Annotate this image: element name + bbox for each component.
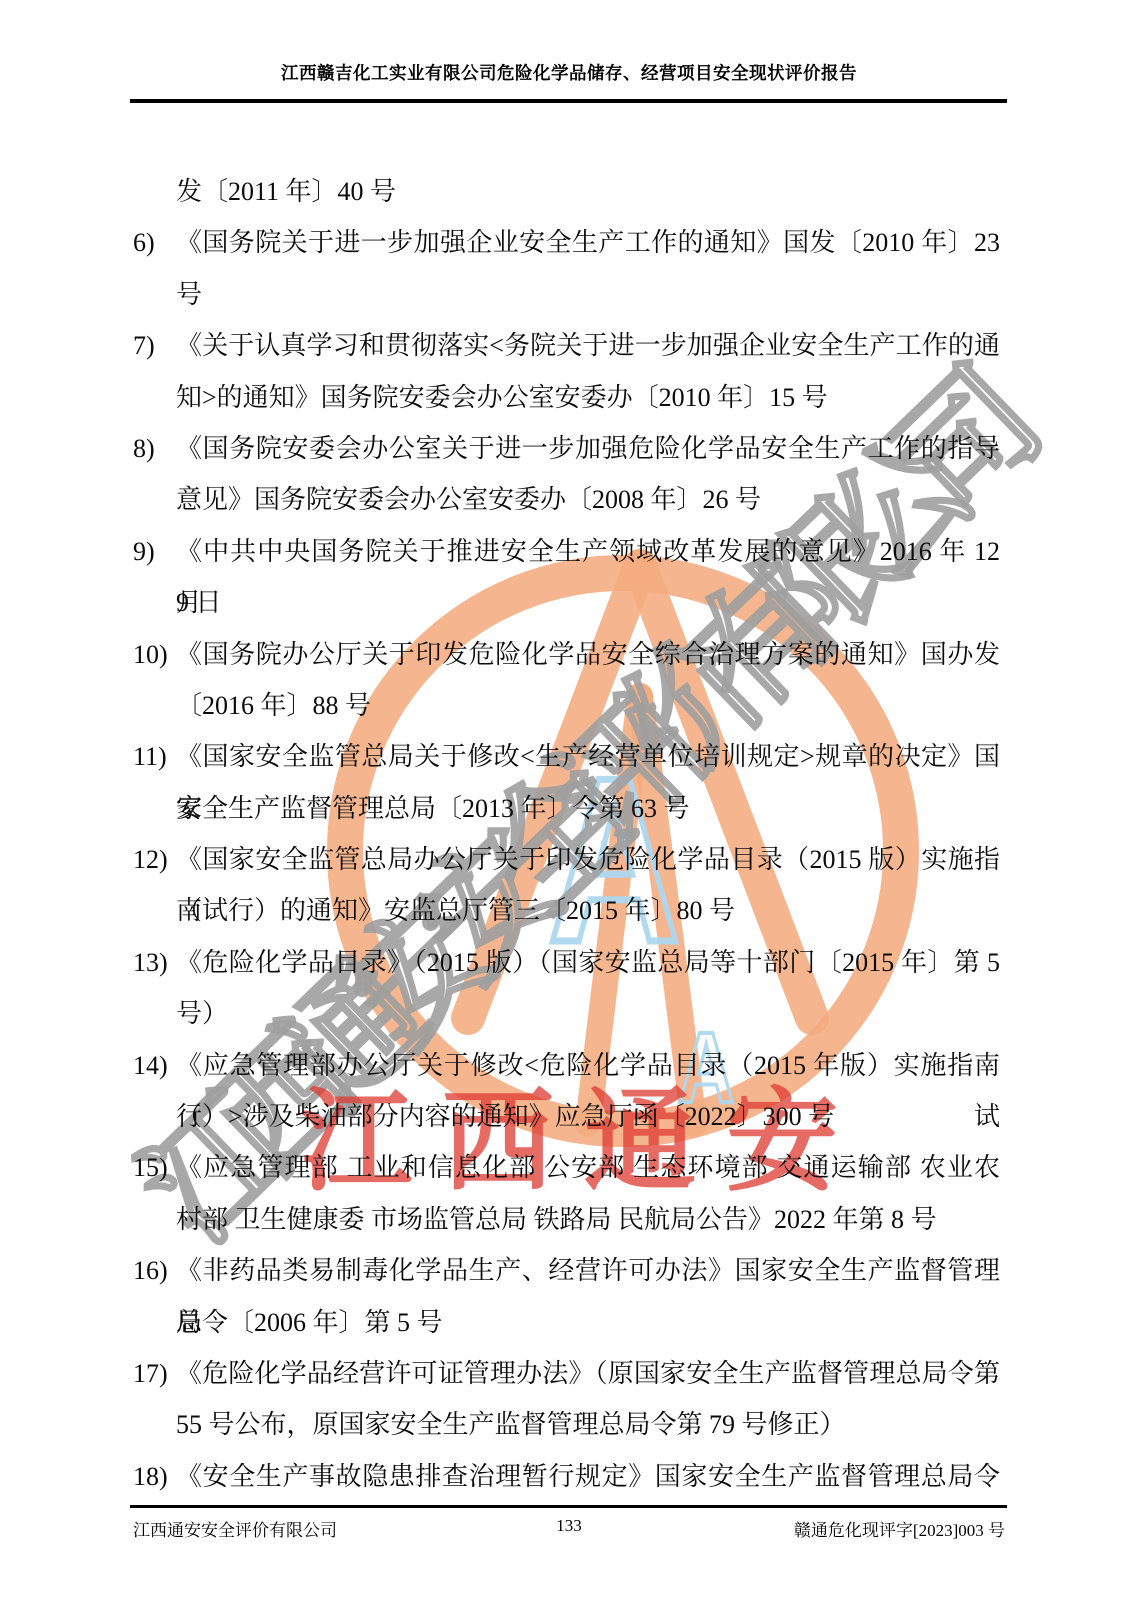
list-line: 发〔2011 年〕40 号 [133, 166, 1000, 217]
list-line: 知>的通知》国务院安委会办公室安委办〔2010 年〕15 号 [133, 372, 1000, 423]
list-item-text: 发〔2011 年〕40 号 [176, 166, 1000, 217]
list-item-number: 17) [133, 1348, 168, 1399]
list-line: 16)《非药品类易制毒化学品生产、经营许可办法》国家安全生产监督管理总 [133, 1245, 1000, 1296]
list-item-number: 16) [133, 1245, 168, 1296]
list-item-number: 10) [133, 629, 168, 680]
list-line: 12)《国家安全监管总局办公厅关于印发危险化学品目录（2015 版）实施指南 [133, 834, 1000, 885]
list-item-text: 《安全生产事故隐患排查治理暂行规定》国家安全生产监督管理总局令 [176, 1451, 1000, 1502]
footer-page-number: 133 [556, 1516, 582, 1536]
list-item-number: 8) [133, 423, 155, 474]
list-line: 17)《危险化学品经营许可证管理办法》（原国家安全生产监督管理总局令第 [133, 1348, 1000, 1399]
footer-company: 江西通安安全评价有限公司 [133, 1516, 337, 1541]
page-footer: 江西通安安全评价有限公司 133 赣通危化现评字[2023]003 号 [133, 1516, 1005, 1542]
list-item-number: 12) [133, 834, 168, 885]
list-line: （试行）的通知》安监总厅管三〔2015 年〕80 号 [133, 885, 1000, 936]
list-item-number: 6) [133, 217, 155, 268]
list-item-number: 13) [133, 937, 168, 988]
list-line: 9 日 [133, 577, 1000, 628]
list-item-text: 《危险化学品目录》（2015 版）（国家安监总局等十部门〔2015 年〕第 5 [176, 937, 1000, 988]
list-item-text: 《应急管理部 工业和信息化部 公安部 生态环境部 交通运输部 农业农 [176, 1142, 1000, 1193]
list-item-number: 14) [133, 1040, 168, 1091]
list-line: 〔2016 年〕88 号 [133, 680, 1000, 731]
list-line: 13)《危险化学品目录》（2015 版）（国家安监总局等十部门〔2015 年〕第… [133, 937, 1000, 988]
list-line: 7)《关于认真学习和贯彻落实<务院关于进一步加强企业安全生产工作的通 [133, 320, 1000, 371]
list-item-text: 知>的通知》国务院安委会办公室安委办〔2010 年〕15 号 [176, 372, 1000, 423]
list-line: 8)《国务院安委会办公室关于进一步加强危险化学品安全生产工作的指导 [133, 423, 1000, 474]
list-line: 号） [133, 988, 1000, 1039]
list-line: 14)《应急管理部办公厅关于修改<危险化学品目录（2015 年版）实施指南（试 [133, 1040, 1000, 1091]
list-line: 号 [133, 269, 1000, 320]
list-line: 9)《中共中央国务院关于推进安全生产领域改革发展的意见》2016 年 12 月 [133, 526, 1000, 577]
list-line: 15)《应急管理部 工业和信息化部 公安部 生态环境部 交通运输部 农业农 [133, 1142, 1000, 1193]
list-line: 55 号公布，原国家安全生产监督管理总局令第 79 号修正） [133, 1399, 1000, 1450]
list-item-number: 18) [133, 1451, 168, 1502]
body-lines: 发〔2011 年〕40 号6)《国务院关于进一步加强企业安全生产工作的通知》国发… [133, 166, 1000, 1502]
list-item-text: 《国务院办公厅关于印发危险化学品安全综合治理方案的通知》国办发 [176, 629, 1000, 680]
footer-rule [130, 1505, 1007, 1508]
page-header-title: 江西赣吉化工实业有限公司危险化学品储存、经营项目安全现状评价报告 [133, 60, 1005, 85]
list-line: 11)《国家安全监管总局关于修改<生产经营单位培训规定>规章的决定》国家 [133, 731, 1000, 782]
list-item-text: 号） [176, 988, 1000, 1039]
list-item-text: 安全生产监督管理总局〔2013 年〕令第 63 号 [176, 783, 1000, 834]
list-item-text: 村部 卫生健康委 市场监管总局 铁路局 民航局公告》2022 年第 8 号 [176, 1194, 1000, 1245]
list-line: 局令〔2006 年〕第 5 号 [133, 1297, 1000, 1348]
list-item-text: 55 号公布，原国家安全生产监督管理总局令第 79 号修正） [176, 1399, 1000, 1450]
list-line: 意见》国务院安委会办公室安委办〔2008 年〕26 号 [133, 474, 1000, 525]
list-item-number: 9) [133, 526, 155, 577]
document-page: A A 江西通安安全评价有限公司 江西通安 江西赣吉化工实业有限公司危险化学品储… [0, 0, 1131, 1600]
list-item-text: 局令〔2006 年〕第 5 号 [176, 1297, 1000, 1348]
footer-doc-number: 赣通危化现评字[2023]003 号 [794, 1516, 1005, 1541]
list-item-text: 9 日 [176, 577, 1000, 628]
list-item-text: 《国务院安委会办公室关于进一步加强危险化学品安全生产工作的指导 [176, 423, 1000, 474]
list-item-number: 7) [133, 320, 155, 371]
list-item-number: 11) [133, 731, 167, 782]
list-line: 村部 卫生健康委 市场监管总局 铁路局 民航局公告》2022 年第 8 号 [133, 1194, 1000, 1245]
list-item-text: 意见》国务院安委会办公室安委办〔2008 年〕26 号 [176, 474, 1000, 525]
list-line: 10)《国务院办公厅关于印发危险化学品安全综合治理方案的通知》国办发 [133, 629, 1000, 680]
list-item-text: 〔2016 年〕88 号 [176, 680, 1000, 731]
list-item-text: 《关于认真学习和贯彻落实<务院关于进一步加强企业安全生产工作的通 [176, 320, 1000, 371]
list-line: 安全生产监督管理总局〔2013 年〕令第 63 号 [133, 783, 1000, 834]
list-item-text: （试行）的通知》安监总厅管三〔2015 年〕80 号 [176, 885, 1000, 936]
list-item-text: 《国务院关于进一步加强企业安全生产工作的通知》国发〔2010 年〕23 [176, 217, 1000, 268]
list-item-text: 《危险化学品经营许可证管理办法》（原国家安全生产监督管理总局令第 [176, 1348, 1000, 1399]
content-layer: 江西赣吉化工实业有限公司危险化学品储存、经营项目安全现状评价报告 发〔2011 … [0, 0, 1131, 1600]
list-item-text: 号 [176, 269, 1000, 320]
list-item-text: 行）>涉及柴油部分内容的通知》应急厅函〔2022〕300 号 [176, 1091, 1000, 1142]
list-line: 6)《国务院关于进一步加强企业安全生产工作的通知》国发〔2010 年〕23 [133, 217, 1000, 268]
list-item-number: 15) [133, 1142, 168, 1193]
list-line: 18)《安全生产事故隐患排查治理暂行规定》国家安全生产监督管理总局令 [133, 1451, 1000, 1502]
header-rule [130, 99, 1007, 103]
list-line: 行）>涉及柴油部分内容的通知》应急厅函〔2022〕300 号 [133, 1091, 1000, 1142]
